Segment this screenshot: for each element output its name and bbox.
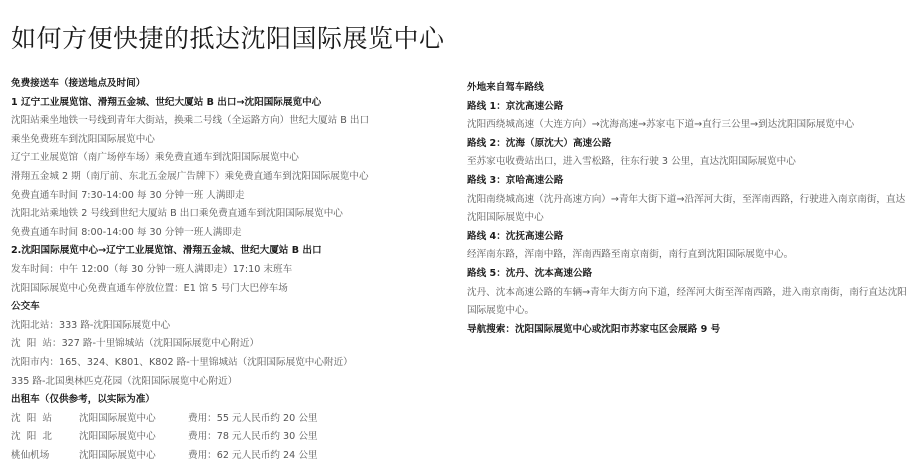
route2-heading: 2.沈阳国际展览中心→辽宁工业展览馆、滑翔五金城、世纪大厦站 B 出口 — [11, 242, 456, 261]
driving-route-desc: 沈阳西绕城高速（大连方向）→沈海高速→苏家屯下道→直行三公里→到达沈阳国际展览中… — [467, 116, 907, 135]
taxi-to: 沈阳国际展览中心 — [79, 410, 188, 429]
taxi-row: 沈 阳 北 沈阳国际展览中心 费用：78 元人民币约 30 公里 — [11, 428, 456, 447]
taxi-row: 沈 阳 站 沈阳国际展览中心 费用：55 元人民币约 20 公里 — [11, 410, 456, 429]
route2-line: 发车时间：中午 12:00（每 30 分钟一班人满即走）17:10 末班车 — [11, 261, 456, 280]
bus-line: 335 路-北国奥林匹克花园（沈阳国际展览中心附近） — [11, 373, 456, 392]
taxi-fee: 费用：55 元人民币约 20 公里 — [188, 410, 318, 429]
route1-line: 免费直通车时间 8:00-14:00 每 30 分钟一班人满即走 — [11, 224, 456, 243]
route1-line: 滑翔五金城 2 期（南厅前、东北五金展广告牌下）乘免费直通车到沈阳国际展览中心 — [11, 168, 456, 187]
shuttle-heading: 免费接送车（接送地点及时间） — [11, 75, 456, 94]
taxi-from: 沈 阳 站 — [11, 410, 79, 429]
route1-line: 辽宁工业展览馆（南广场停车场）乘免费直通车到沈阳国际展览中心 — [11, 149, 456, 168]
route1-line: 乘坐免费班车到沈阳国际展览中心 — [11, 131, 456, 150]
taxi-from: 桃仙机场 — [11, 447, 79, 466]
driving-route-desc: 经浑南东路，浑南中路，浑南西路至南京南街，南行直到沈阳国际展览中心。 — [467, 246, 907, 265]
driving-route-name: 路线 4：沈抚高速公路 — [467, 228, 907, 247]
bus-heading: 公交车 — [11, 298, 456, 317]
route1-line: 免费直通车时间 7:30-14:00 每 30 分钟一班 人满即走 — [11, 187, 456, 206]
taxi-to: 沈阳国际展览中心 — [79, 428, 188, 447]
driving-route-desc: 至苏家屯收费站出口，进入雪松路，往东行驶 3 公里，直达沈阳国际展览中心 — [467, 153, 907, 172]
driving-route-name: 路线 2：沈海（原沈大）高速公路 — [467, 135, 907, 154]
taxi-row: 桃仙机场 沈阳国际展览中心 费用：62 元人民币约 24 公里 — [11, 447, 456, 466]
page-title: 如何方便快捷的抵达沈阳国际展览中心 — [11, 19, 445, 55]
driving-route-name: 路线 5：沈丹、沈本高速公路 — [467, 265, 907, 284]
driving-route-desc: 沈阳南绕城高速（沈丹高速方向）→青年大街下道→沿浑河大街，至浑南西路，行驶进入南… — [467, 191, 907, 228]
bus-line: 沈阳北站：333 路-沈阳国际展览中心 — [11, 317, 456, 336]
taxi-to: 沈阳国际展览中心 — [79, 447, 188, 466]
right-column: 外地来自驾车路线 路线 1：京沈高速公路 沈阳西绕城高速（大连方向）→沈海高速→… — [467, 79, 907, 339]
driving-route-desc: 沈丹、沈本高速公路的车辆→青年大街方向下道，经浑河大街至浑南西路，进入南京南街，… — [467, 284, 907, 321]
route1-line: 沈阳北站乘地铁 2 号线到世纪大厦站 B 出口乘免费直通车到沈阳国际展览中心 — [11, 205, 456, 224]
driving-heading: 外地来自驾车路线 — [467, 79, 907, 98]
route1-heading: 1 辽宁工业展览馆、滑翔五金城、世纪大厦站 B 出口→沈阳国际展览中心 — [11, 94, 456, 113]
driving-route-name: 路线 3：京哈高速公路 — [467, 172, 907, 191]
route2-line: 沈阳国际展览中心免费直通车停放位置：E1 馆 5 号门大巴停车场 — [11, 280, 456, 299]
bus-line: 沈 阳 站：327 路-十里锦城站（沈阳国际展览中心附近） — [11, 335, 456, 354]
taxi-fee: 费用：78 元人民币约 30 公里 — [188, 428, 318, 447]
driving-route-name: 路线 1：京沈高速公路 — [467, 98, 907, 117]
taxi-heading: 出租车（仅供参考，以实际为准） — [11, 391, 456, 410]
left-column: 免费接送车（接送地点及时间） 1 辽宁工业展览馆、滑翔五金城、世纪大厦站 B 出… — [11, 75, 456, 465]
taxi-fee: 费用：62 元人民币约 24 公里 — [188, 447, 318, 466]
navigation-search: 导航搜索：沈阳国际展览中心或沈阳市苏家屯区会展路 9 号 — [467, 321, 907, 340]
taxi-from: 沈 阳 北 — [11, 428, 79, 447]
bus-line: 沈阳市内：165、324、K801、K802 路-十里锦城站（沈阳国际展览中心附… — [11, 354, 456, 373]
route1-line: 沈阳站乘坐地铁一号线到青年大街站，换乘二号线（全运路方向）世纪大厦站 B 出口 — [11, 112, 456, 131]
